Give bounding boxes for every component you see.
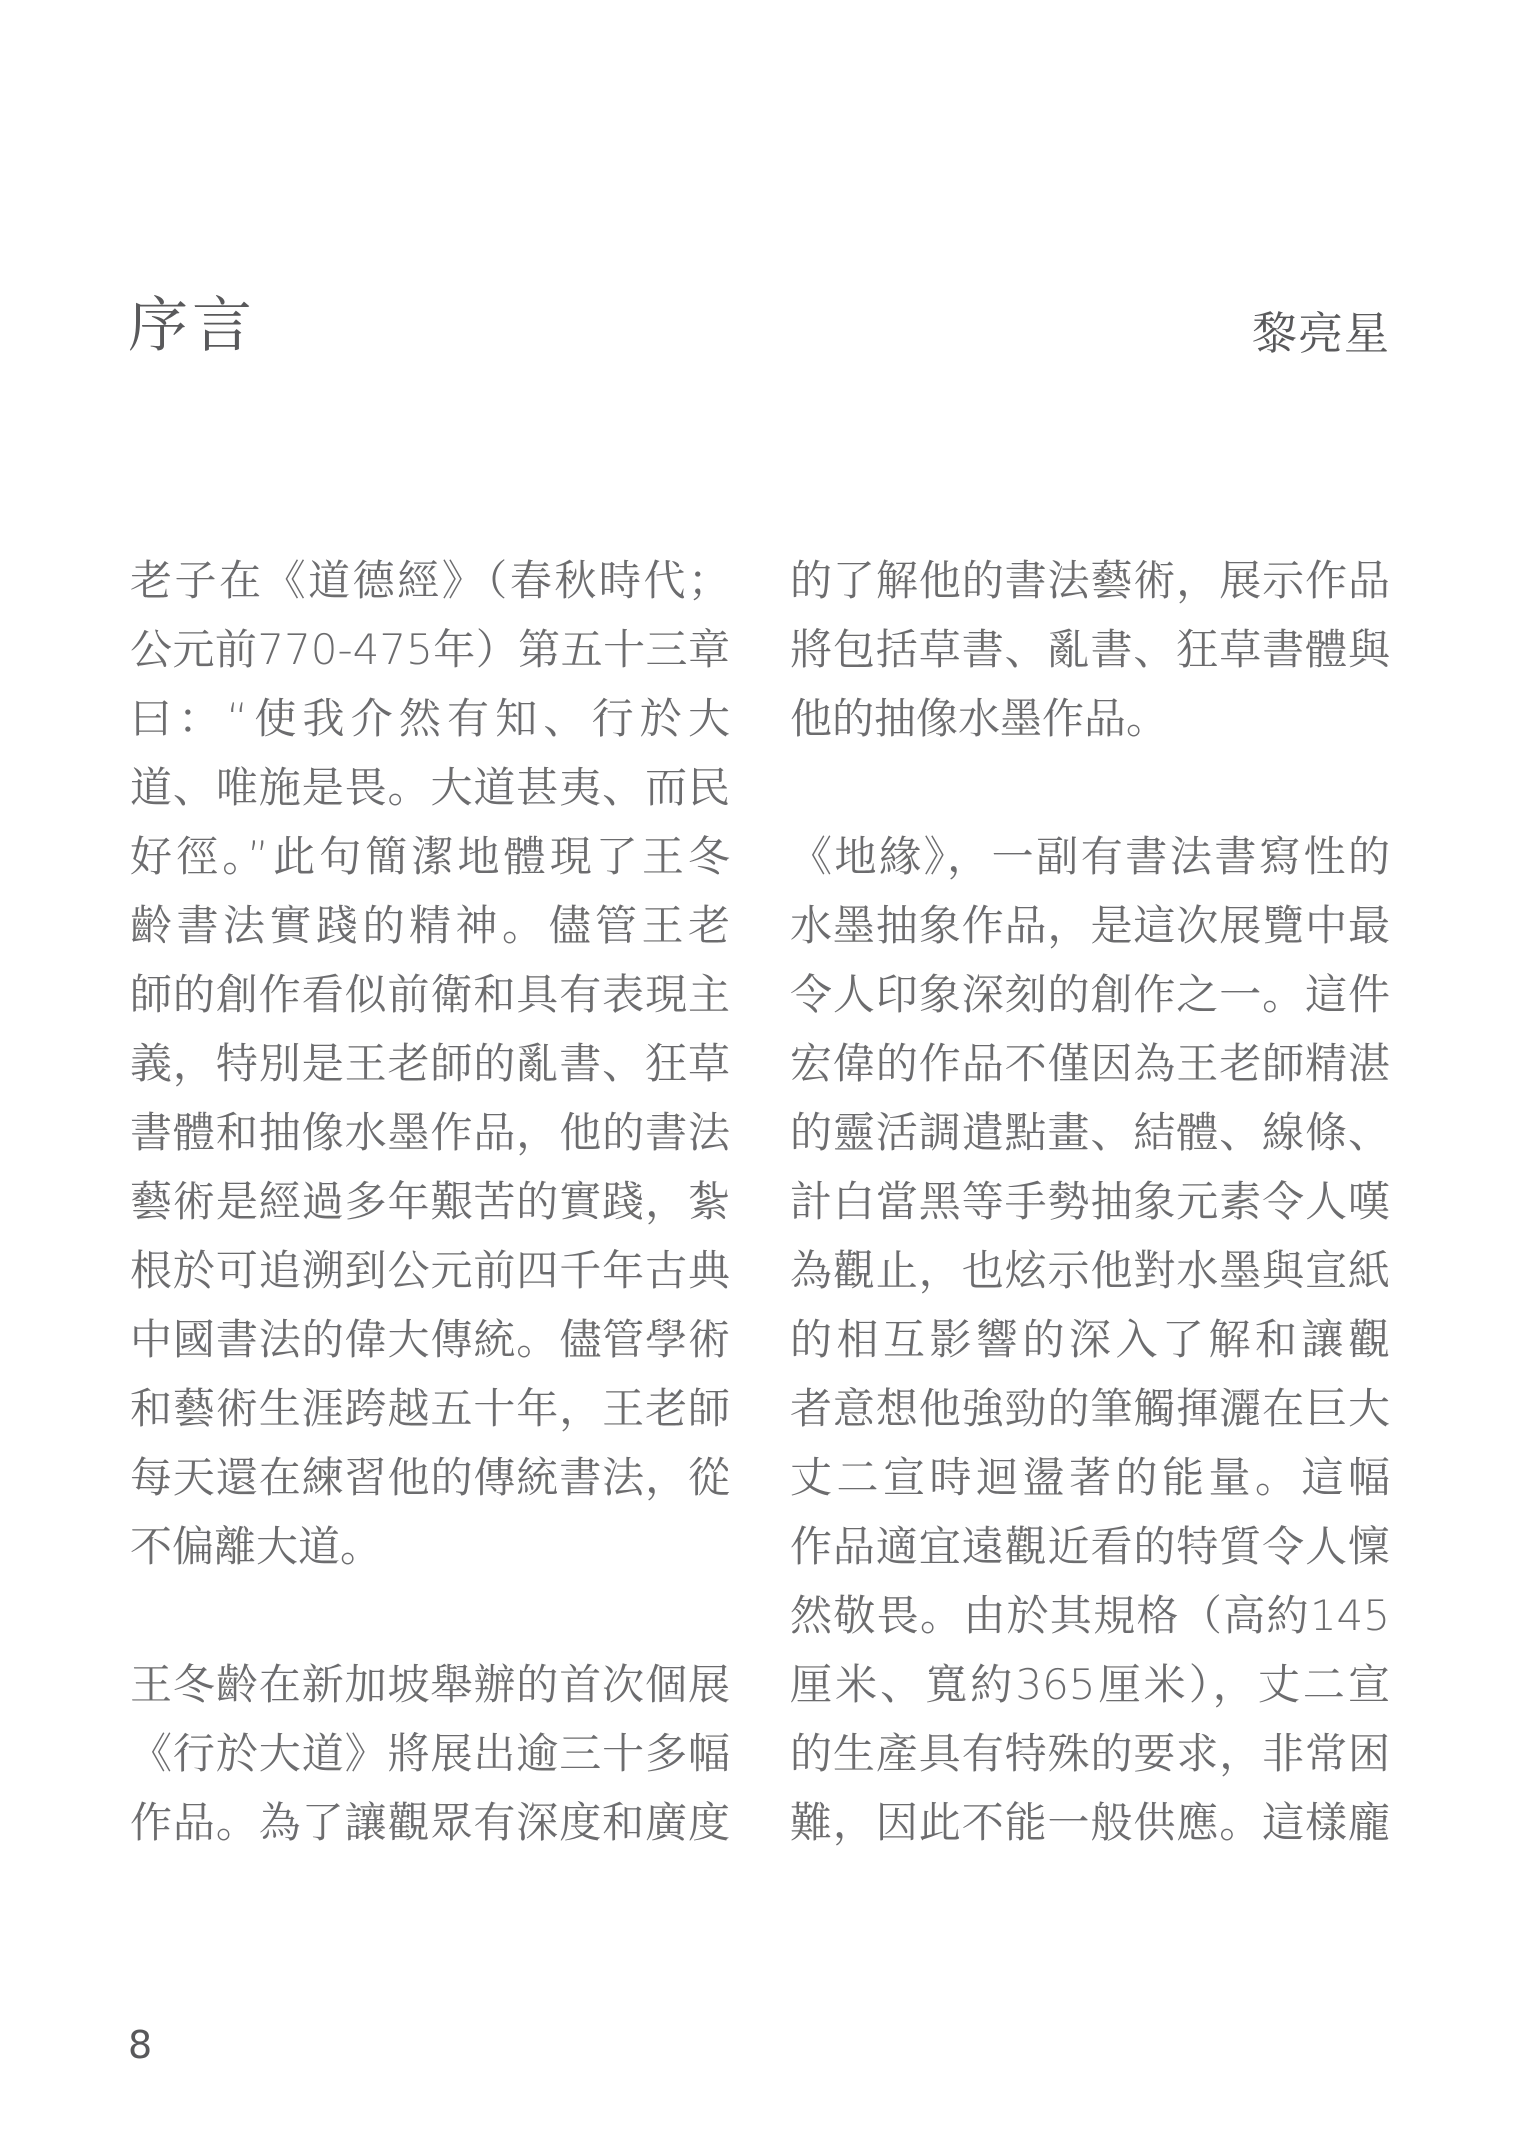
text-line: 書體和抽像水墨作品，他的書法 [130,1098,730,1167]
text-line: 曰：“使我介然有知、行於大 [130,684,730,753]
text-line: 公元前770-475年）第五十三章 [130,615,730,684]
text-line: 然敬畏。由於其規格（高約145 [790,1581,1390,1650]
text-line: 好徑。”此句簡潔地體現了王冬 [130,822,730,891]
text-line: 作品。為了讓觀眾有深度和廣度 [130,1788,730,1857]
text-line: 師的創作看似前衛和具有表現主 [130,960,730,1029]
text-line: 他的抽像水墨作品。 [790,684,1390,753]
page-title: 序言 [128,296,256,356]
text-line: 根於可追溯到公元前四千年古典 [130,1236,730,1305]
text-line: 的相互影響的深入了解和讓觀 [790,1305,1390,1374]
text-line: 宏偉的作品不僅因為王老師精湛 [790,1029,1390,1098]
text-line: 者意想他強勁的筆觸揮灑在巨大 [790,1374,1390,1443]
text-line: 《地緣》，一副有書法書寫性的 [790,822,1390,891]
page-number: 8 [128,2026,152,2064]
text-line: 為觀止，也炫示他對水墨與宣紙 [790,1236,1390,1305]
text-line: 齡書法實踐的精神。儘管王老 [130,891,730,960]
text-line: 中國書法的偉大傳統。儘管學術 [130,1305,730,1374]
text-line: 義，特別是王老師的亂書、狂草 [130,1029,730,1098]
paragraph: 王冬齡在新加坡舉辦的首次個展《行於大道》將展出逾三十多幅作品。為了讓觀眾有深度和… [130,1650,730,1857]
text-line: 王冬齡在新加坡舉辦的首次個展 [130,1650,730,1719]
text-line: 水墨抽象作品，是這次展覽中最 [790,891,1390,960]
text-line: 不偏離大道。 [130,1512,730,1581]
document-page: 序言 黎亮星 老子在《道德經》（春秋時代；公元前770-475年）第五十三章曰：… [0,0,1515,2150]
paragraph: 的了解他的書法藝術，展示作品將包括草書、亂書、狂草書體與他的抽像水墨作品。 [790,546,1390,753]
text-line: 丈二宣時迴盪著的能量。這幅 [790,1443,1390,1512]
text-line: 將包括草書、亂書、狂草書體與 [790,615,1390,684]
paragraph: 老子在《道德經》（春秋時代；公元前770-475年）第五十三章曰：“使我介然有知… [130,546,730,1581]
text-line: 的了解他的書法藝術，展示作品 [790,546,1390,615]
column-left: 老子在《道德經》（春秋時代；公元前770-475年）第五十三章曰：“使我介然有知… [130,546,730,1857]
paragraph: 《地緣》，一副有書法書寫性的水墨抽象作品，是這次展覽中最令人印象深刻的創作之一。… [790,822,1390,1857]
text-line: 的生產具有特殊的要求，非常困 [790,1719,1390,1788]
text-line: 每天還在練習他的傳統書法，從 [130,1443,730,1512]
text-line: 老子在《道德經》（春秋時代； [130,546,730,615]
column-right: 的了解他的書法藝術，展示作品將包括草書、亂書、狂草書體與他的抽像水墨作品。《地緣… [790,546,1390,1857]
text-line: 道、唯施是畏。大道甚夷、而民 [130,753,730,822]
text-line: 作品適宜遠觀近看的特質令人懍 [790,1512,1390,1581]
text-line: 令人印象深刻的創作之一。這件 [790,960,1390,1029]
text-line: 厘米、寬約365厘米），丈二宣 [790,1650,1390,1719]
text-line: 的靈活調遣點畫、結體、線條、 [790,1098,1390,1167]
text-line: 藝術是經過多年艱苦的實踐，紮 [130,1167,730,1236]
author-name: 黎亮星 [1252,311,1390,356]
text-line: 難，因此不能一般供應。這樣龐 [790,1788,1390,1857]
text-line: 計白當黑等手勢抽象元素令人嘆 [790,1167,1390,1236]
text-line: 《行於大道》將展出逾三十多幅 [130,1719,730,1788]
text-line: 和藝術生涯跨越五十年，王老師 [130,1374,730,1443]
